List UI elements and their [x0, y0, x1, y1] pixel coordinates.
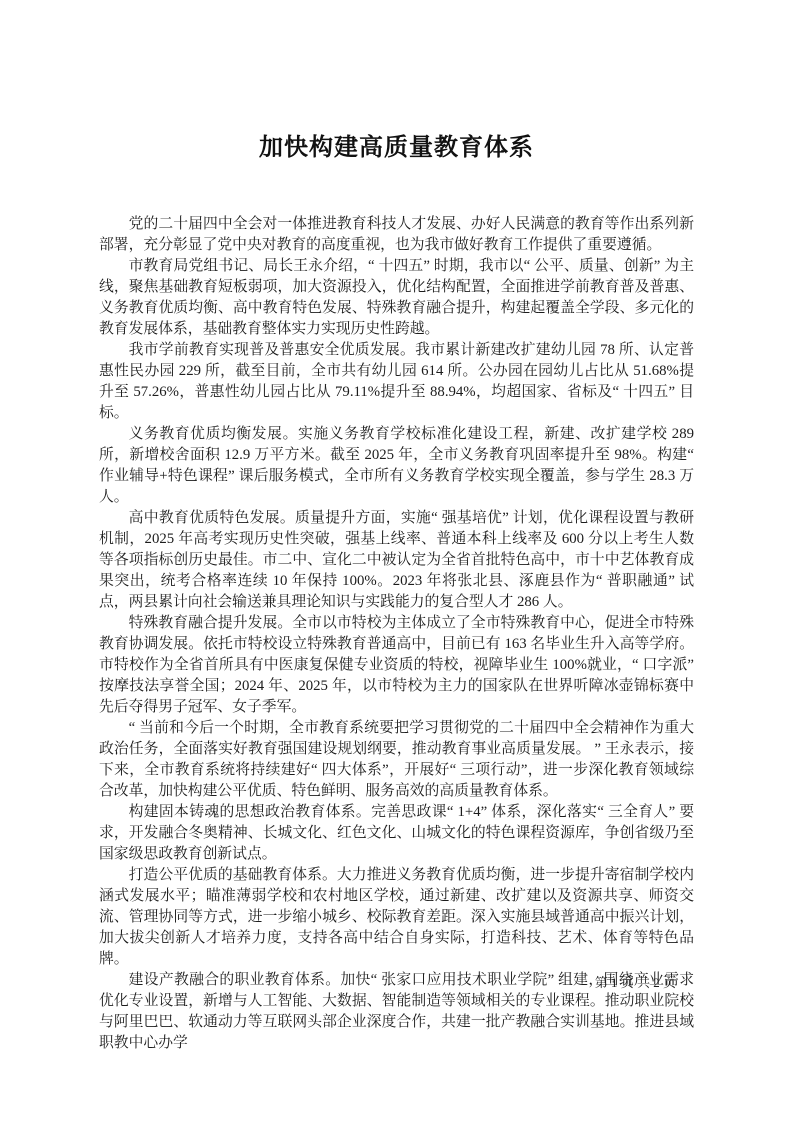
body-paragraph: 义务教育优质均衡发展。实施义务教育学校标准化建设工程，新建、改扩建学校 289 …: [99, 424, 694, 508]
body-paragraph: 打造公平优质的基础教育体系。大力推进义务教育优质均衡，进一步提升寄宿制学校内涵式…: [99, 865, 694, 970]
body-paragraph: 特殊教育融合提升发展。全市以市特校为主体成立了全市特殊教育中心，促进全市特殊教育…: [99, 613, 694, 718]
body-paragraph: 党的二十届四中全会对一体推进教育科技人才发展、办好人民满意的教育等作出系列新部署…: [99, 214, 694, 256]
page-number: 第 1 页 共 2 页: [595, 974, 676, 991]
body-paragraph: 市教育局党组书记、局长王永介绍，“ 十四五” 时期，我市以“ 公平、质量、创新”…: [99, 256, 694, 340]
document-title: 加快构建高质量教育体系: [0, 0, 793, 163]
document-body: 党的二十届四中全会对一体推进教育科技人才发展、办好人民满意的教育等作出系列新部署…: [99, 214, 694, 1054]
body-paragraph: 构建固本铸魂的思想政治教育体系。完善思政课“ 1+4” 体系，深化落实“ 三全育…: [99, 802, 694, 865]
body-paragraph: “ 当前和今后一个时期，全市教育系统要把学习贯彻党的二十届四中全会精神作为重大政…: [99, 718, 694, 802]
document-page: 加快构建高质量教育体系 党的二十届四中全会对一体推进教育科技人才发展、办好人民满…: [0, 0, 793, 1122]
body-paragraph: 我市学前教育实现普及普惠安全优质发展。我市累计新建改扩建幼儿园 78 所、认定普…: [99, 340, 694, 424]
body-paragraph: 高中教育优质特色发展。质量提升方面，实施“ 强基培优” 计划，优化课程设置与教研…: [99, 508, 694, 613]
